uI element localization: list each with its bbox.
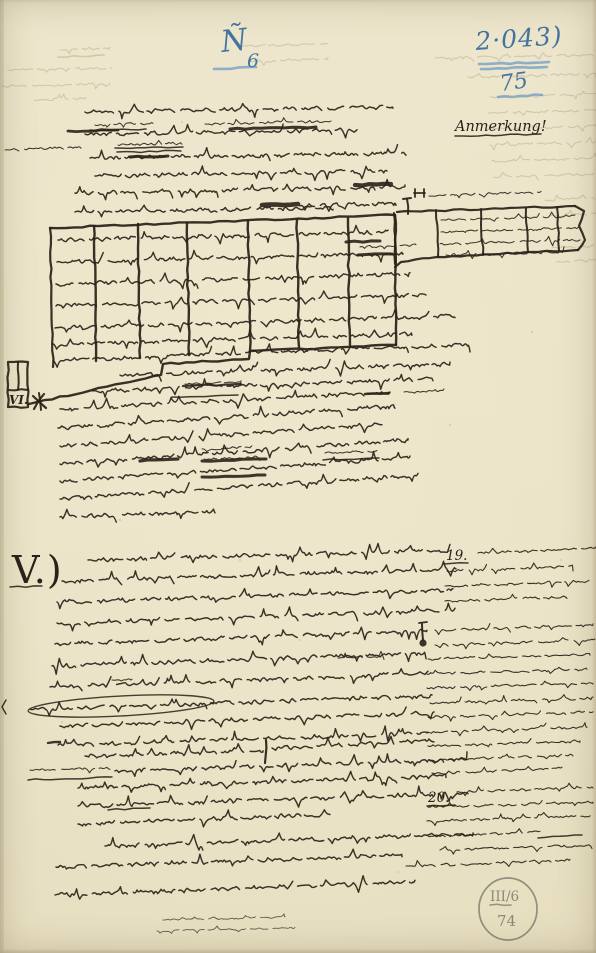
left-scan-edge xyxy=(0,0,4,953)
section-vi-label: VI. xyxy=(9,393,28,407)
archive-number: 2·043) xyxy=(473,21,563,56)
page-number: 75 xyxy=(498,68,529,97)
margin-note-19-number: 19. xyxy=(446,548,467,564)
manuscript-scan: Ñ 6 2·043) 75 Anmerkung! V.) VI. 19. 20.… xyxy=(0,0,596,953)
stamp-top: III/6 xyxy=(490,889,519,905)
section-v-label: V.) xyxy=(11,548,63,592)
folio-number: 6 xyxy=(247,50,259,72)
annotation-heading: Anmerkung! xyxy=(453,119,547,135)
manuscript-page: Ñ 6 2·043) 75 Anmerkung! V.) VI. 19. 20.… xyxy=(0,0,596,953)
stamp-bottom: 74 xyxy=(497,912,516,930)
margin-note-20-number: 20. xyxy=(427,790,449,806)
